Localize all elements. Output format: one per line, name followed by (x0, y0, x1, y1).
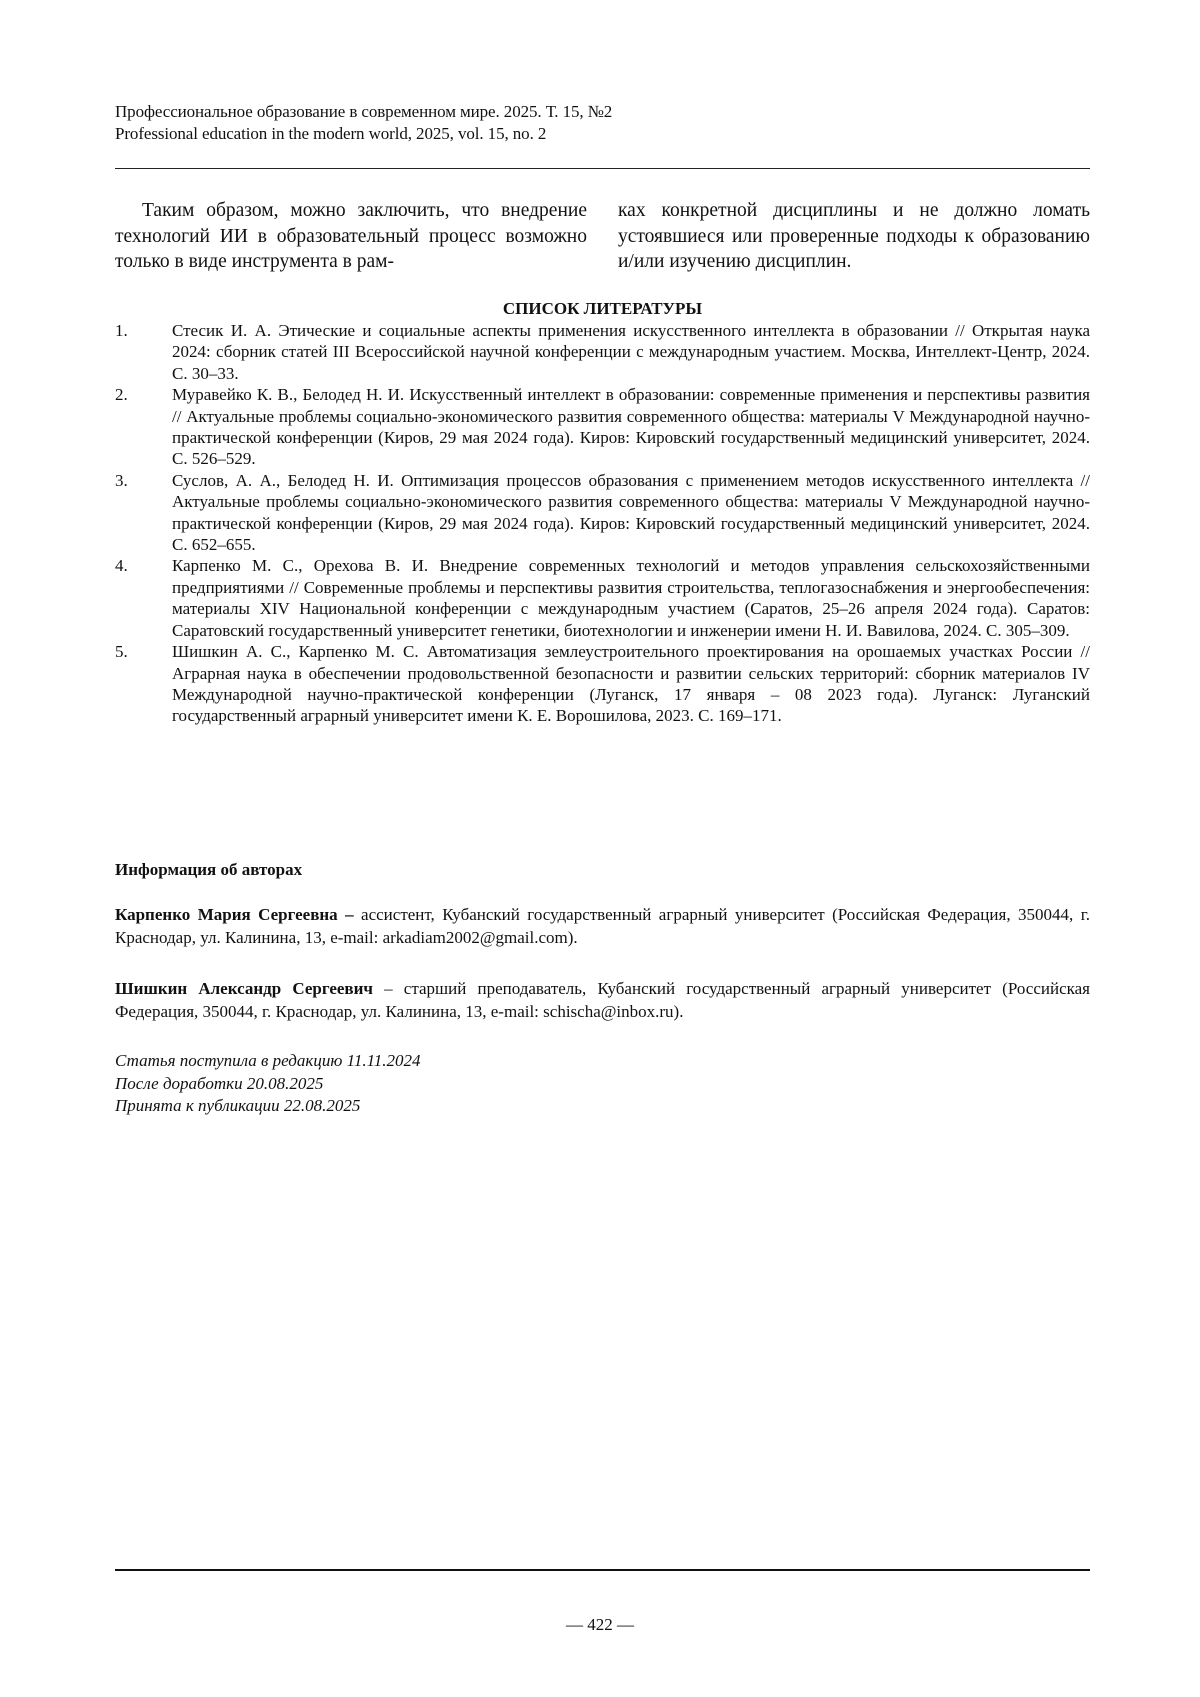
journal-header: Профессиональное образование в современн… (115, 101, 1090, 145)
references-list: 1. Стесик И. А. Этические и социальные а… (115, 320, 1090, 727)
article-dates: Статья поступила в редакцию 11.11.2024 П… (115, 1050, 421, 1118)
page-number: — 422 — (0, 1614, 1200, 1636)
footer-divider (115, 1569, 1090, 1571)
header-divider (115, 168, 1090, 169)
reference-text: Стесик И. А. Этические и социальные аспе… (172, 320, 1090, 384)
reference-number: 5. (115, 641, 172, 727)
reference-text: Суслов, А. А., Белодед Н. И. Оптимизация… (172, 470, 1090, 556)
body-column-left: Таким образом, можно заключить, что внед… (115, 198, 587, 275)
body-text-columns: Таким образом, можно заключить, что внед… (115, 198, 1090, 275)
author-info: Шишкин Александр Сергеевич – старший пре… (115, 977, 1090, 1023)
reference-number: 3. (115, 470, 172, 556)
date-accepted: Принята к публикации 22.08.2025 (115, 1095, 421, 1118)
reference-item: 1. Стесик И. А. Этические и социальные а… (115, 320, 1090, 384)
journal-header-en: Professional education in the modern wor… (115, 123, 1090, 145)
reference-item: 3. Суслов, А. А., Белодед Н. И. Оптимиза… (115, 470, 1090, 556)
author-name: Шишкин Александр Сергеевич (115, 979, 373, 998)
reference-item: 5. Шишкин А. С., Карпенко М. С. Автомати… (115, 641, 1090, 727)
author-info: Карпенко Мария Сергеевна – ассистент, Ку… (115, 903, 1090, 949)
journal-header-ru: Профессиональное образование в современн… (115, 101, 1090, 123)
authors-title: Информация об авторах (115, 859, 302, 881)
reference-item: 2. Муравейко К. В., Белодед Н. И. Искусс… (115, 384, 1090, 470)
references-title: СПИСОК ЛИТЕРАТУРЫ (115, 298, 1090, 320)
reference-text: Муравейко К. В., Белодед Н. И. Искусстве… (172, 384, 1090, 470)
date-received: Статья поступила в редакцию 11.11.2024 (115, 1050, 421, 1073)
reference-text: Шишкин А. С., Карпенко М. С. Автоматизац… (172, 641, 1090, 727)
author-name: Карпенко Мария Сергеевна – (115, 905, 354, 924)
reference-number: 4. (115, 555, 172, 641)
body-column-right: ках конкретной дисциплины и не должно ло… (618, 198, 1090, 275)
reference-text: Карпенко М. С., Орехова В. И. Внедрение … (172, 555, 1090, 641)
reference-number: 1. (115, 320, 172, 384)
reference-item: 4. Карпенко М. С., Орехова В. И. Внедрен… (115, 555, 1090, 641)
reference-number: 2. (115, 384, 172, 470)
date-revised: После доработки 20.08.2025 (115, 1073, 421, 1096)
